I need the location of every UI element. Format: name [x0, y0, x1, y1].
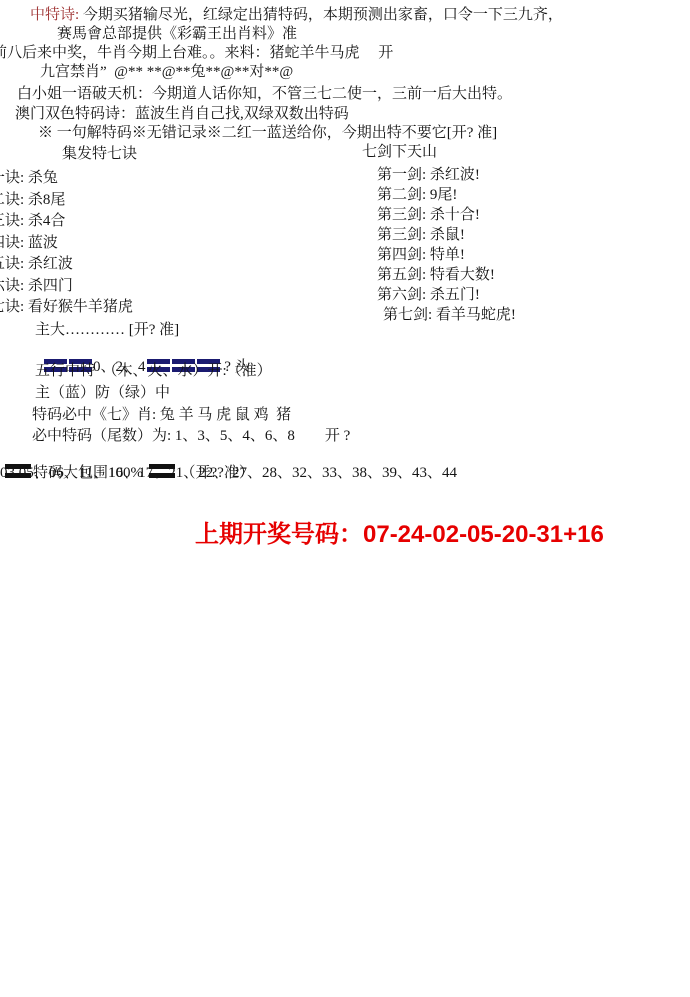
poem-text: 今期买猪输尽光，红绿定出猜特码，本期预测出家畜，口令一下三九齐， — [79, 7, 563, 23]
left-list-item: 五诀: 杀红波 — [0, 255, 73, 274]
right-list-item: 第三剑: 杀十合! — [377, 206, 480, 225]
left-list-item: 七诀: 看好猴牛羊猪虎 — [0, 298, 133, 317]
tip-sheet-page: 中特诗: 今期买猪输尽光，红绿定出猜特码，本期预测出家畜，口令一下三九齐， 赛馬… — [0, 0, 690, 997]
left-list-title: 集发特七诀 — [62, 145, 137, 164]
jiete-line: ※ 一句解特码※无错记录※二红一蓝送给你，今期出特不要它[开? 准] — [38, 124, 497, 143]
right-list-item: 第七剑: 看羊马蛇虎! — [383, 306, 516, 325]
left-list-item: 二诀: 杀8尾 — [0, 191, 65, 210]
right-list-item: 第三剑: 杀鼠! — [377, 226, 465, 245]
wuxing-line: 五行中特 （木、火、水）开:（准） — [35, 362, 272, 381]
jiugong-line: 九宫禁肖” @** **@**兔**@**对**@ — [40, 63, 293, 82]
right-list-item: 第一剑: 杀红波! — [377, 166, 480, 185]
last-draw-result: 上期开奖号码：07-24-02-05-20-31+16 — [195, 514, 604, 549]
poem-line-2: 赛馬會总部提供《彩霸王出肖料》准 — [57, 25, 297, 44]
poem-label: 中特诗: — [30, 7, 79, 23]
left-list-item: 一诀: 杀兔 — [0, 169, 58, 188]
aomen-line: 澳门双色特码诗：蓝波生肖自己找,双绿双数出特码 — [15, 105, 349, 124]
left-list-item: 四诀: 蓝波 — [0, 234, 58, 253]
right-list-item: 第四剑: 特单! — [377, 246, 465, 265]
left-list-item: 三诀: 杀4合 — [0, 212, 65, 231]
right-list-item: 第五剑: 特看大数! — [377, 266, 495, 285]
baixiaojie-line: 白小姐一语破天机：今期道人话你知，不管三七二使一，三前一后大出特。 — [17, 85, 512, 104]
zhuda-line: 主大………… [开? 准] — [35, 321, 179, 340]
left-list-item: 六诀: 杀四门 — [0, 277, 73, 296]
right-list-item: 第二剑: 9尾! — [377, 186, 457, 205]
numbers-line: 03 05、06、11、16、17、21、22、 27、28、32、33、38、… — [0, 464, 457, 483]
zhufang-line: 主（蓝）防（绿）中 — [35, 384, 170, 403]
right-list-title: 七剑下天山 — [362, 143, 437, 162]
qixiao-line: 特码必中《七》肖: 兔 羊 马 虎 鼠 鸡 猪 — [32, 406, 291, 425]
right-list-item: 第六剑: 杀五门! — [377, 286, 480, 305]
weishu-line: 必中特码（尾数）为: 1、3、5、4、6、8 开 ? — [32, 427, 350, 446]
poem-line-3: 前八后来中奖，牛肖今期上台难。。来料：猪蛇羊牛马虎 开 — [0, 44, 393, 63]
poem-line-1: 中特诗: 今期买猪输尽光，红绿定出猜特码，本期预测出家畜，口令一下三九齐， — [30, 6, 563, 25]
